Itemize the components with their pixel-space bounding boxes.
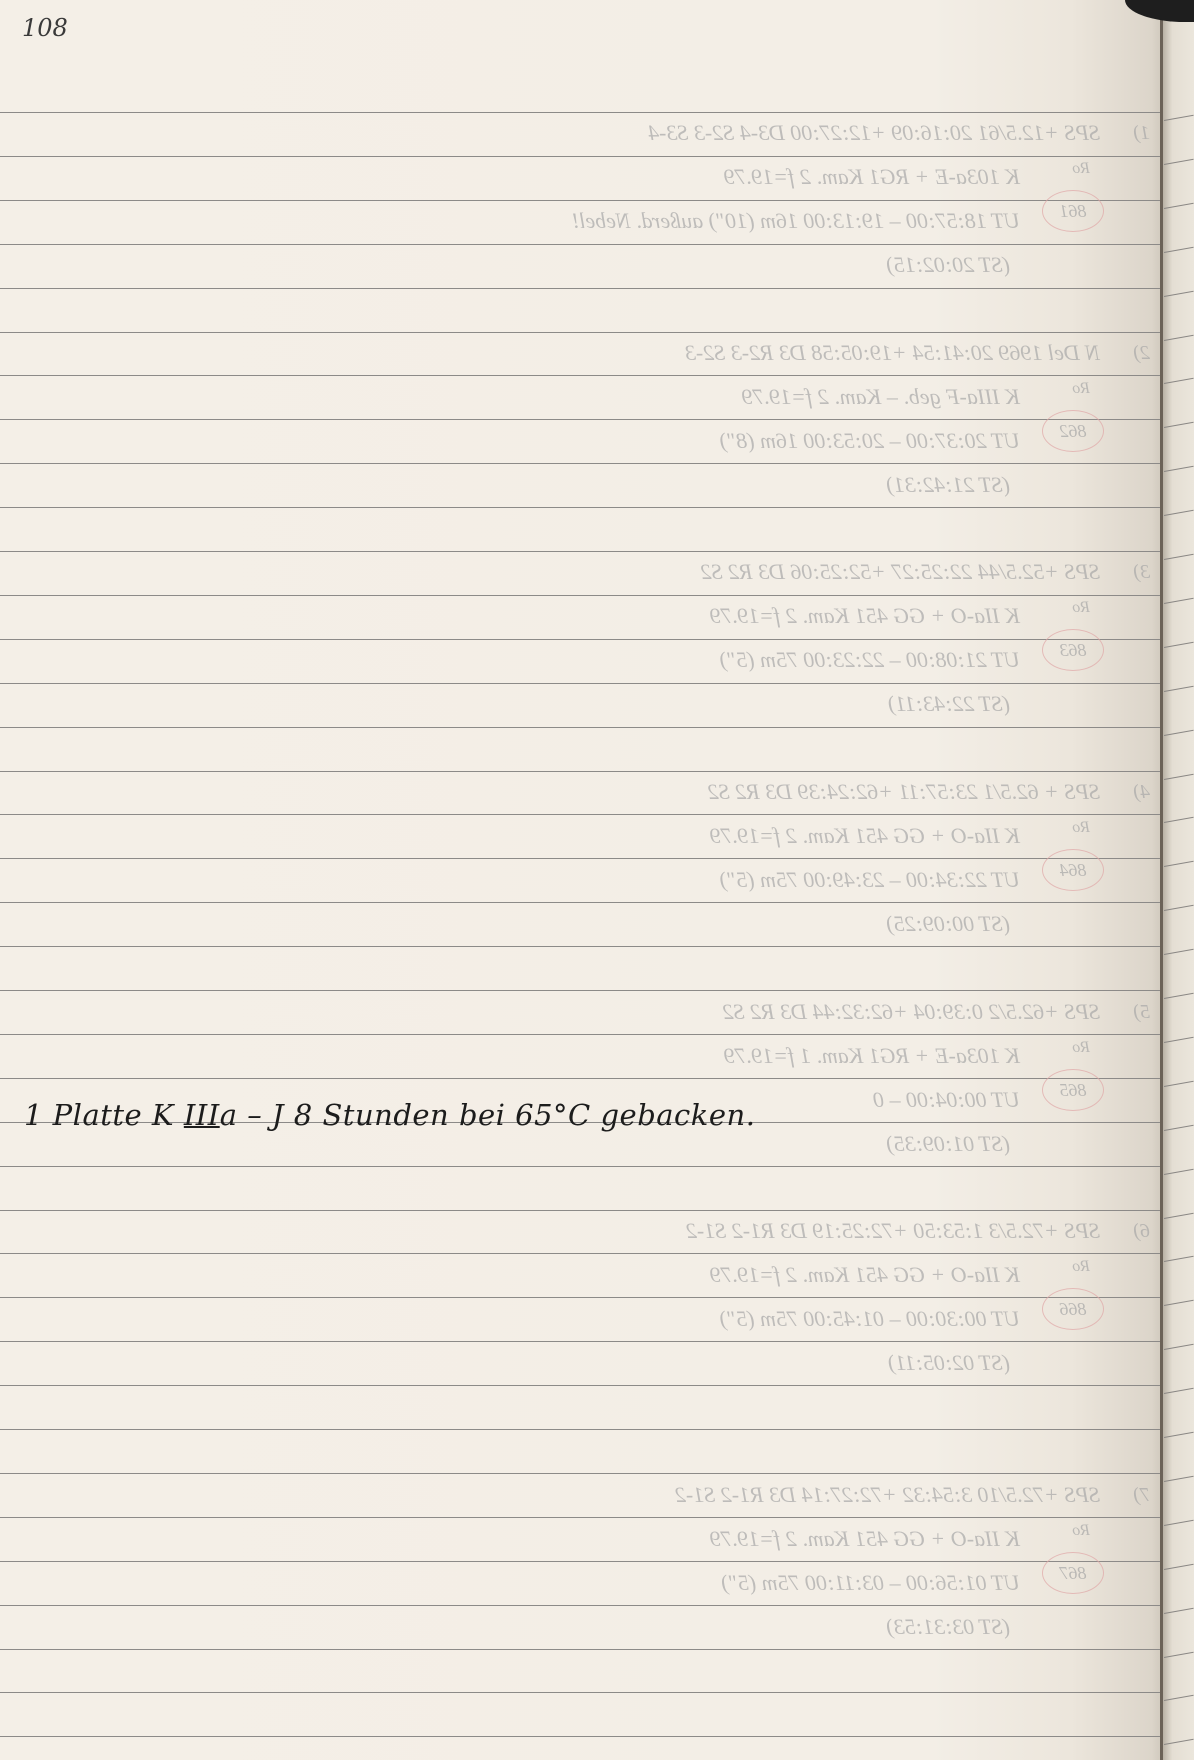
entry-line-4: (ST 22:43:11) xyxy=(888,691,1010,717)
entry-line-2: K IIa-O + GG 451 Kam. 2 f=19.79 xyxy=(710,1262,1020,1288)
entry-index: 7) xyxy=(1133,1484,1150,1507)
entry-mark: Ro xyxy=(1072,160,1090,178)
entry-index: 4) xyxy=(1133,781,1150,804)
entry-line-1: N Del 1969 20:41:54 +19:05:58 D3 R2-3 S2… xyxy=(685,340,1100,366)
entry-line-3: UT 20:37:00 – 20:53:00 16m (8") xyxy=(720,428,1020,454)
page-number: 108 xyxy=(22,14,68,42)
entry-line-4: (ST 03:31:53) xyxy=(886,1614,1010,1640)
bleed-through-text: 1)Ro861SPS +12.5/61 20:16:09 +12:27:00 D… xyxy=(0,0,1160,1760)
note-text-before: 1 Platte K xyxy=(24,1098,184,1132)
entry-mark: Ro xyxy=(1072,1258,1090,1276)
entry-mark: Ro xyxy=(1072,1522,1090,1540)
entry-line-1: SPS +52.5/44 22:25:27 +52:25:06 D3 R2 S2 xyxy=(701,559,1100,585)
bleed-entry: 2)Ro862N Del 1969 20:41:54 +19:05:58 D3 … xyxy=(0,332,1160,508)
bleed-entry: 5)Ro865SPS +62.5/2 0:39:04 +62:32:44 D3 … xyxy=(0,991,1160,1167)
bleed-entry: 4)Ro864SPS + 62.5/1 23:57:11 +62:24:39 D… xyxy=(0,771,1160,947)
entry-line-4: (ST 02:05:11) xyxy=(888,1350,1010,1376)
entry-line-3: UT 00:04:00 – 0 xyxy=(873,1087,1020,1113)
handwritten-note: 1 Platte K IIIa – J 8 Stunden bei 65°C g… xyxy=(24,1098,755,1132)
entry-line-3: UT 18:57:00 – 19:13:00 16m (10") außerd.… xyxy=(572,208,1020,234)
entry-line-1: SPS +12.5/61 20:16:09 +12:27:00 D3-4 S2-… xyxy=(648,120,1100,146)
bleed-entry: 3)Ro863SPS +52.5/44 22:25:27 +52:25:06 D… xyxy=(0,551,1160,727)
bleed-entry: 6)Ro866SPS +72.5/3 1:53:50 +72:25:19 D3 … xyxy=(0,1210,1160,1386)
entry-line-4: (ST 00:09:25) xyxy=(886,911,1010,937)
entry-index: 5) xyxy=(1133,1001,1150,1024)
entry-line-2: K 103a-E + RG1 Kam. 2 f=19.79 xyxy=(724,164,1020,190)
note-text-after: a – J 8 Stunden bei 65°C gebacken. xyxy=(220,1098,756,1132)
entry-line-4: (ST 01:09:35) xyxy=(886,1131,1010,1157)
entry-line-2: K IIIa-F geb. – Kam. 2 f=19.79 xyxy=(742,384,1020,410)
entry-index: 6) xyxy=(1133,1220,1150,1243)
circled-plate-number: 865 xyxy=(1042,1069,1104,1111)
circled-plate-number: 861 xyxy=(1042,190,1104,232)
entry-line-3: UT 00:30:00 – 01:45:00 75m (5") xyxy=(720,1306,1020,1332)
facing-page-edge xyxy=(1163,12,1194,1760)
circled-plate-number: 867 xyxy=(1042,1552,1104,1594)
entry-mark: Ro xyxy=(1072,819,1090,837)
entry-line-1: SPS +72.5/10 3:54:32 +72:27:14 D3 R1-2 S… xyxy=(675,1482,1100,1508)
entry-line-2: K IIa-O + GG 451 Kam. 2 f=19.79 xyxy=(710,603,1020,629)
entry-line-2: K IIa-O + GG 451 Kam. 2 f=19.79 xyxy=(710,1526,1020,1552)
entry-line-4: (ST 21:42:31) xyxy=(886,472,1010,498)
circled-plate-number: 864 xyxy=(1042,849,1104,891)
entry-line-2: K IIa-O + GG 451 Kam. 2 f=19.79 xyxy=(710,823,1020,849)
entry-line-1: SPS +62.5/2 0:39:04 +62:32:44 D3 R2 S2 xyxy=(723,999,1100,1025)
circled-plate-number: 866 xyxy=(1042,1288,1104,1330)
entry-line-3: UT 01:56:00 – 03:11:00 75m (5") xyxy=(721,1570,1020,1596)
entry-mark: Ro xyxy=(1072,599,1090,617)
circled-plate-number: 863 xyxy=(1042,629,1104,671)
entry-mark: Ro xyxy=(1072,1039,1090,1057)
entry-line-3: UT 21:08:00 – 22:23:00 75m (5") xyxy=(720,647,1020,673)
entry-index: 2) xyxy=(1133,342,1150,365)
note-roman-numeral: III xyxy=(184,1098,220,1132)
bleed-entry: 1)Ro861SPS +12.5/61 20:16:09 +12:27:00 D… xyxy=(0,112,1160,288)
entry-line-1: SPS +72.5/3 1:53:50 +72:25:19 D3 R1-2 S1… xyxy=(686,1218,1100,1244)
entry-mark: Ro xyxy=(1072,380,1090,398)
entry-line-2: K 103a-E + RG1 Kam. 1 f=19.79 xyxy=(724,1043,1020,1069)
entry-line-1: SPS + 62.5/1 23:57:11 +62:24:39 D3 R2 S2 xyxy=(708,779,1100,805)
circled-plate-number: 862 xyxy=(1042,410,1104,452)
notebook-page: 1)Ro861SPS +12.5/61 20:16:09 +12:27:00 D… xyxy=(0,0,1163,1760)
entry-index: 3) xyxy=(1133,561,1150,584)
entry-line-4: (ST 20:02:15) xyxy=(886,252,1010,278)
entry-line-3: UT 22:34:00 – 23:49:00 75m (5") xyxy=(720,867,1020,893)
entry-index: 1) xyxy=(1133,122,1150,145)
bleed-entry: 7)Ro867SPS +72.5/10 3:54:32 +72:27:14 D3… xyxy=(0,1474,1160,1650)
